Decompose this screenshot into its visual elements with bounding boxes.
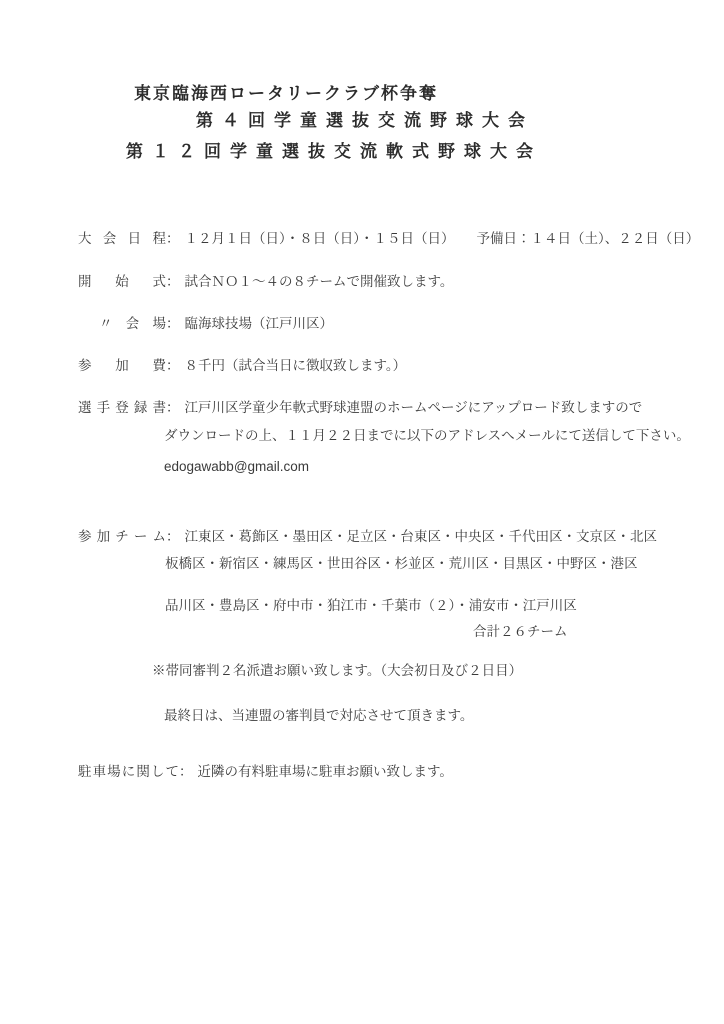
parking-text: 近隣の有料駐車場に駐車お願い致します。	[198, 764, 453, 780]
separator-colon: ：	[166, 400, 180, 416]
opening-ceremony-text: 試合ＮＯ１～４の８チームで開催致します。	[185, 274, 454, 290]
venue-label: 〃会場	[78, 316, 166, 332]
separator-colon: ：	[166, 274, 180, 290]
fee-text: ８千円（試合当日に徴収致します。）	[185, 358, 407, 374]
umpire-note-line2: 最終日は、当連盟の審判員で対応させて頂きます。	[164, 708, 473, 724]
registration-email: edogawabb@gmail.com	[164, 459, 309, 475]
registration-label: 選手登録書	[78, 400, 166, 416]
fee-label: 参加費	[78, 358, 166, 374]
schedule-dates: １２月１日（日）・８日（日）・１５日（日）	[185, 231, 455, 247]
separator-colon: ：	[166, 358, 180, 374]
parking-row: 駐車場に関して：近隣の有料駐車場に駐車お願い致します。	[63, 748, 453, 795]
teams-total: 合計２６チーム	[473, 624, 568, 640]
teams-line2: 板橋区・新宿区・練馬区・世田谷区・杉並区・荒川区・目黒区・中野区・港区	[165, 556, 638, 572]
schedule-row: 大会日程：１２月１日（日）・８日（日）・１５日（日）予備日：１４日（土）、２２日…	[63, 215, 699, 262]
schedule-reserve-dates: 予備日：１４日（土）、２２日（日）	[477, 231, 700, 247]
document-title-tournament-4th: 第４回学童選抜交流野球大会	[196, 111, 534, 131]
registration-line1: 江戸川区学童少年軟式野球連盟のホームページにアップロード致しますので	[185, 400, 643, 416]
separator-colon: ：	[179, 764, 193, 780]
venue-text: 臨海球技場（江戸川区）	[185, 316, 334, 332]
fee-row: 参加費：８千円（試合当日に徴収致します。）	[63, 342, 406, 389]
registration-line2: ダウンロードの上、１１月２２日までに以下のアドレスへメールにて送信して下さい。	[164, 428, 690, 444]
teams-line3: 品川区・豊島区・府中市・狛江市・千葉市（２）・浦安市・江戸川区	[165, 598, 577, 614]
opening-ceremony-row: 開始式：試合ＮＯ１～４の８チームで開催致します。	[63, 258, 453, 305]
venue-row: 〃会場：臨海球技場（江戸川区）	[63, 300, 333, 347]
parking-label: 駐車場に関して	[78, 764, 179, 780]
teams-label: 参加チーム	[78, 529, 166, 545]
document-title-cup: 東京臨海西ロータリークラブ杯争奪	[134, 84, 438, 104]
teams-row: 参加チーム：江東区・葛飾区・墨田区・足立区・台東区・中央区・千代田区・文京区・北…	[63, 513, 657, 560]
document-title-tournament-12th: 第１２回学童選抜交流軟式野球大会	[126, 142, 542, 162]
document-page: 東京臨海西ロータリークラブ杯争奪 第４回学童選抜交流野球大会 第１２回学童選抜交…	[0, 0, 724, 1024]
separator-colon: ：	[166, 529, 180, 545]
separator-colon: ：	[166, 231, 180, 247]
teams-line1: 江東区・葛飾区・墨田区・足立区・台東区・中央区・千代田区・文京区・北区	[185, 529, 658, 545]
umpire-note-line1: ※帯同審判２名派遣お願い致します。（大会初日及び２日目）	[152, 663, 522, 679]
registration-row: 選手登録書：江戸川区学童少年軟式野球連盟のホームページにアップロード致しますので	[63, 384, 642, 431]
separator-colon: ：	[166, 316, 180, 332]
opening-ceremony-label: 開始式	[78, 274, 166, 290]
schedule-label: 大会日程	[78, 231, 166, 247]
